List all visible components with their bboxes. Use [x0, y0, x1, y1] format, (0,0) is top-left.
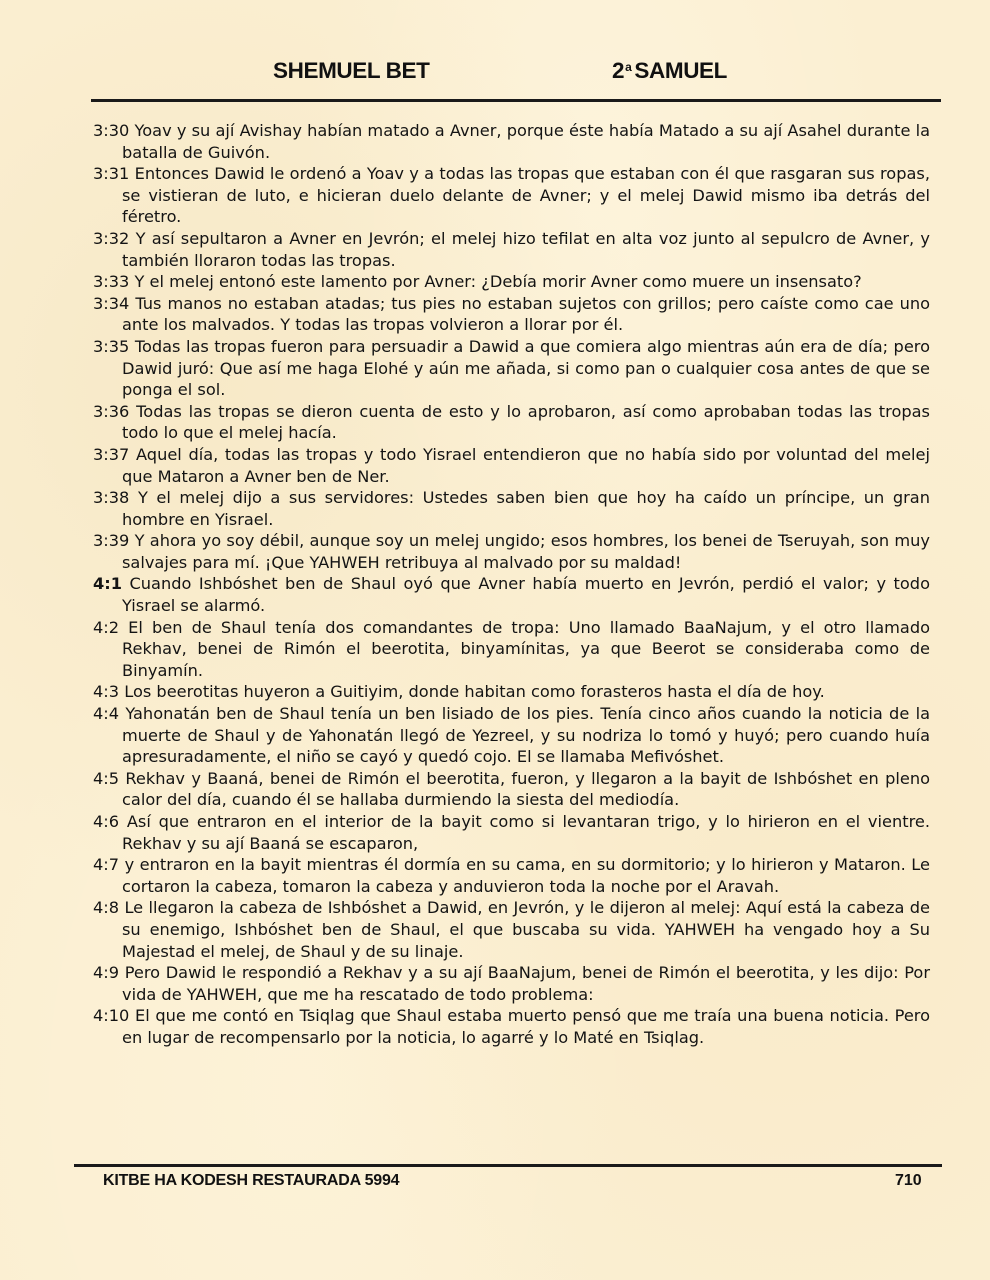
- verse-text: El que me contó en Tsiqlag que Shaul est…: [122, 1006, 930, 1047]
- verse-ref: 3:30: [93, 121, 129, 140]
- verse: 4:5 Rekhav y Baaná, benei de Rimón el be…: [93, 768, 930, 811]
- verse: 3:35 Todas las tropas fueron para persua…: [93, 336, 930, 401]
- verse-text: Y ahora yo soy débil, aunque soy un mele…: [122, 531, 930, 572]
- verse-ref: 3:39: [93, 531, 129, 550]
- verse: 4:2 El ben de Shaul tenía dos comandante…: [93, 617, 930, 682]
- verse: 4:7 y entraron en la bayit mientras él d…: [93, 854, 930, 897]
- chapter-verse-ref: 4:1: [93, 574, 122, 593]
- chapter-start-verse: 4:1 Cuando Ishbóshet ben de Shaul oyó qu…: [93, 573, 930, 616]
- book-title-spanish-block: 2aSAMUEL: [612, 58, 727, 84]
- header-divider: [91, 99, 941, 102]
- verse-ref: 4:2: [93, 618, 119, 637]
- verse-text: Los beerotitas huyeron a Guitiyim, donde…: [124, 682, 825, 701]
- verse: 3:34 Tus manos no estaban atadas; tus pi…: [93, 293, 930, 336]
- verse: 3:31 Entonces Dawid le ordenó a Yoav y a…: [93, 163, 930, 228]
- scripture-body: 3:30 Yoav y su ají Avishay habían matado…: [93, 120, 930, 1049]
- book-title-spanish: SAMUEL: [634, 58, 727, 83]
- verse-text: Tus manos no estaban atadas; tus pies no…: [122, 294, 930, 335]
- verse-text: Todas las tropas fueron para persuadir a…: [122, 337, 930, 399]
- verse-ref: 3:38: [93, 488, 129, 507]
- verse-text: Y así sepultaron a Avner en Jevrón; el m…: [122, 229, 930, 270]
- verse-text: Cuando Ishbóshet ben de Shaul oyó que Av…: [122, 574, 930, 615]
- verse-ref: 4:8: [93, 898, 119, 917]
- verse-text: El ben de Shaul tenía dos comandantes de…: [122, 618, 930, 680]
- verse-ref: 3:31: [93, 164, 129, 183]
- verse: 4:8 Le llegaron la cabeza de Ishbóshet a…: [93, 897, 930, 962]
- verse-ref: 4:6: [93, 812, 119, 831]
- verse: 3:36 Todas las tropas se dieron cuenta d…: [93, 401, 930, 444]
- verse-ref: 3:37: [93, 445, 129, 464]
- verse: 3:33 Y el melej entonó este lamento por …: [93, 271, 930, 293]
- book-title-hebrew: SHEMUEL BET: [273, 58, 429, 84]
- verse-ref: 4:5: [93, 769, 119, 788]
- verse-ref: 4:9: [93, 963, 119, 982]
- verse-ref: 4:3: [93, 682, 119, 701]
- verse-text: Yoav y su ají Avishay habían matado a Av…: [122, 121, 930, 162]
- verse-ref: 4:4: [93, 704, 119, 723]
- verse-ref: 4:10: [93, 1006, 129, 1025]
- verse: 3:32 Y así sepultaron a Avner en Jevrón;…: [93, 228, 930, 271]
- verse: 4:6 Así que entraron en el interior de l…: [93, 811, 930, 854]
- verse-text: y entraron en la bayit mientras él dormí…: [122, 855, 930, 896]
- verse: 3:39 Y ahora yo soy débil, aunque soy un…: [93, 530, 930, 573]
- verse-text: Entonces Dawid le ordenó a Yoav y a toda…: [122, 164, 930, 226]
- verse-text: Yahonatán ben de Shaul tenía un ben lisi…: [122, 704, 930, 766]
- verse-ref: 4:7: [93, 855, 119, 874]
- verse: 3:37 Aquel día, todas las tropas y todo …: [93, 444, 930, 487]
- footer-divider: [74, 1164, 942, 1167]
- verse: 3:30 Yoav y su ají Avishay habían matado…: [93, 120, 930, 163]
- verse-text: Rekhav y Baaná, benei de Rimón el beerot…: [122, 769, 930, 810]
- verse-text: Todas las tropas se dieron cuenta de est…: [122, 402, 930, 443]
- verse: 4:3 Los beerotitas huyeron a Guitiyim, d…: [93, 681, 930, 703]
- verse-text: Así que entraron en el interior de la ba…: [122, 812, 930, 853]
- book-number-superscript: a: [625, 60, 631, 74]
- verse-ref: 3:32: [93, 229, 129, 248]
- verse-text: Y el melej entonó este lamento por Avner…: [135, 272, 862, 291]
- verse-text: Le llegaron la cabeza de Ishbóshet a Daw…: [122, 898, 930, 960]
- verse: 4:9 Pero Dawid le respondió a Rekhav y a…: [93, 962, 930, 1005]
- verse-text: Pero Dawid le respondió a Rekhav y a su …: [122, 963, 930, 1004]
- verse: 3:38 Y el melej dijo a sus servidores: U…: [93, 487, 930, 530]
- verse-ref: 3:34: [93, 294, 129, 313]
- page-number: 710: [895, 1172, 922, 1190]
- publication-title: KITBE HA KODESH RESTAURADA 5994: [103, 1172, 399, 1190]
- verse: 4:10 El que me contó en Tsiqlag que Shau…: [93, 1005, 930, 1048]
- verse-text: Aquel día, todas las tropas y todo Yisra…: [122, 445, 930, 486]
- verse-text: Y el melej dijo a sus servidores: Ustede…: [122, 488, 930, 529]
- verse-ref: 3:36: [93, 402, 129, 421]
- verse: 4:4 Yahonatán ben de Shaul tenía un ben …: [93, 703, 930, 768]
- verse-ref: 3:33: [93, 272, 129, 291]
- page-header: SHEMUEL BET 2aSAMUEL: [0, 58, 990, 94]
- verse-ref: 3:35: [93, 337, 129, 356]
- book-number: 2: [612, 58, 624, 83]
